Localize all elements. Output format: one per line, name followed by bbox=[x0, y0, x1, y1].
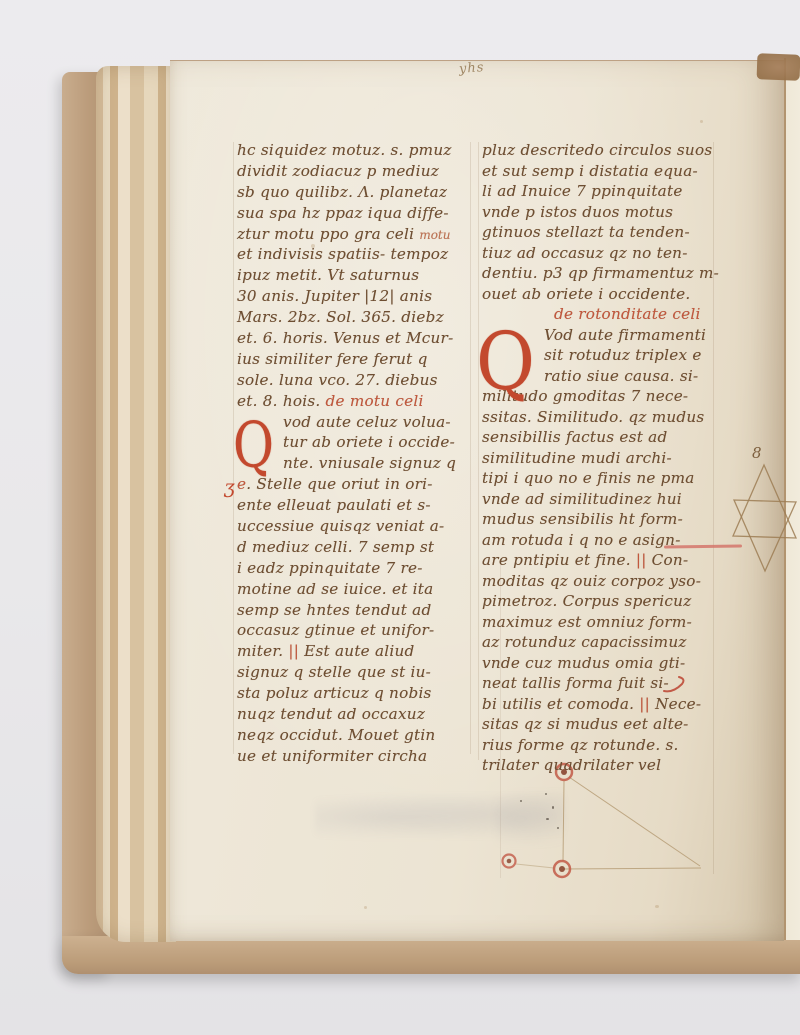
body-text: et. 8. hois. bbox=[237, 392, 326, 410]
rubric-text: || bbox=[288, 642, 299, 660]
text-line: neqz occidut. Mouet gtin bbox=[237, 725, 475, 746]
text-line: pimetroz. Corpus spericuz bbox=[482, 591, 722, 612]
star-of-david-doodle bbox=[730, 462, 798, 574]
body-text: pluz descritedo circulos suos bbox=[482, 141, 712, 159]
text-line: hc siquidez motuz. s. pmuz bbox=[237, 140, 475, 161]
text-line: gtinuos stellazt ta tenden- bbox=[482, 222, 722, 243]
body-text: tipi i quo no e finis ne pma bbox=[482, 469, 695, 487]
body-text: ue et uniformiter circha bbox=[237, 747, 427, 765]
text-line: am rotuda i q no e asign- bbox=[482, 530, 722, 551]
text-line: uccessiue quisqz veniat a- bbox=[237, 516, 475, 537]
fox-spot bbox=[655, 905, 659, 908]
text-line: mudus sensibilis ht form- bbox=[482, 509, 722, 530]
margin-gloss: motu bbox=[419, 228, 450, 242]
body-text: pimetroz. Corpus spericuz bbox=[482, 592, 691, 610]
body-text: Est aute aliud bbox=[299, 642, 414, 660]
text-line: az rotunduz capacissimuz bbox=[482, 632, 722, 653]
body-text: nte. vniusale signuz q bbox=[283, 454, 456, 472]
folio-number: 8 bbox=[752, 444, 762, 462]
body-text: trilater quadrilater vel bbox=[482, 756, 661, 774]
ruling-line bbox=[478, 142, 479, 760]
body-text: sitas qz si mudus eet alte- bbox=[482, 715, 689, 733]
text-line: et. 6. horis. Venus et Mcur- bbox=[237, 328, 475, 349]
body-text: ente elleuat paulati et s- bbox=[237, 496, 431, 514]
text-line: motine ad se iuice. et ita bbox=[237, 579, 475, 600]
body-text: dividit zodiacuz p mediuz bbox=[237, 162, 439, 180]
text-line: bi utilis et comoda. || Nece- bbox=[482, 694, 722, 715]
text-line: sua spa hz ppaz iqua diffe- bbox=[237, 203, 475, 224]
body-text: . Stelle que oriut in ori- bbox=[246, 475, 432, 493]
text-line: tipi i quo no e finis ne pma bbox=[482, 468, 722, 489]
body-text: similitudine mudi archi- bbox=[482, 449, 672, 467]
red-guide-letter: ʒ bbox=[224, 476, 235, 498]
body-text: tur ab oriete i occide- bbox=[283, 433, 455, 451]
body-text: i eadz ppinquitate 7 re- bbox=[237, 559, 423, 577]
body-text: Mars. 2bz. Sol. 365. diebz bbox=[237, 308, 444, 326]
text-line: Mars. 2bz. Sol. 365. diebz bbox=[237, 307, 475, 328]
text-line: miter. || Est aute aliud bbox=[237, 641, 475, 662]
text-line: li ad Inuice 7 ppinquitate bbox=[482, 181, 722, 202]
body-text: am rotuda i q no e asign- bbox=[482, 531, 681, 549]
text-line: neat tallis forma fuit si- bbox=[482, 673, 722, 694]
text-line: sitas qz si mudus eet alte- bbox=[482, 714, 722, 735]
body-text: sua spa hz ppaz iqua diffe- bbox=[237, 204, 449, 222]
rubric-text: || bbox=[639, 695, 650, 713]
body-text: ouet ab oriete i occidente. bbox=[482, 285, 690, 303]
body-text: vod aute celuz volua- bbox=[283, 413, 451, 431]
body-text: motine ad se iuice. et ita bbox=[237, 580, 433, 598]
body-text: neat tallis forma fuit si- bbox=[482, 674, 669, 692]
body-text: sensibillis factus est ad bbox=[482, 428, 667, 446]
body-text: et indivisis spatiis- tempoz bbox=[237, 245, 448, 263]
body-text: are pntipiu et fine. bbox=[482, 551, 636, 569]
text-line: are pntipiu et fine. || Con- bbox=[482, 550, 722, 571]
text-line: ius similiter fere ferut q bbox=[237, 349, 475, 370]
text-line: vnde ad similitudinez hui bbox=[482, 489, 722, 510]
right-text-column: pluz descritedo circulos suoset sut semp… bbox=[482, 140, 722, 776]
body-text: li ad Inuice 7 ppinquitate bbox=[482, 182, 683, 200]
body-text: miter. bbox=[237, 642, 288, 660]
body-text: signuz q stelle que st iu- bbox=[237, 663, 431, 681]
text-line: occasuz gtinue et unifor- bbox=[237, 620, 475, 641]
body-text: nuqz tendut ad occaxuz bbox=[237, 705, 425, 723]
rubric-text: de rotonditate celi bbox=[554, 305, 701, 323]
text-line: dividit zodiacuz p mediuz bbox=[237, 161, 475, 182]
body-text: ius similiter fere ferut q bbox=[237, 350, 428, 368]
body-text: sole. luna vco. 27. diebus bbox=[237, 371, 438, 389]
text-line: ztur motu ppo gra celi motu bbox=[237, 224, 475, 245]
body-text: mudus sensibilis ht form- bbox=[482, 510, 683, 528]
text-line: d mediuz celli. 7 semp st bbox=[237, 537, 475, 558]
body-text: uccessiue quisqz veniat a- bbox=[237, 517, 444, 535]
body-text: dentiu. p3 qp firmamentuz m- bbox=[482, 264, 719, 282]
body-text: ipuz metit. Vt saturnus bbox=[237, 266, 419, 284]
text-line: ue et uniformiter circha bbox=[237, 746, 475, 767]
text-line: sensibillis factus est ad bbox=[482, 427, 722, 448]
text-line: i eadz ppinquitate 7 re- bbox=[237, 558, 475, 579]
body-text: semp se hntes tendut ad bbox=[237, 601, 431, 619]
illuminated-initial-left: Q bbox=[233, 414, 274, 477]
body-text: et sut semp i distatia equa- bbox=[482, 162, 698, 180]
body-text: az rotunduz capacissimuz bbox=[482, 633, 687, 651]
top-inscription: yhs bbox=[459, 60, 485, 77]
text-line: pluz descritedo circulos suos bbox=[482, 140, 722, 161]
body-text: tiuz ad occasuz qz no ten- bbox=[482, 244, 688, 262]
text-line: ente elleuat paulati et s- bbox=[237, 495, 475, 516]
body-text: ratio siue causa. si- bbox=[544, 367, 698, 385]
body-text: et. 6. horis. Venus et Mcur- bbox=[237, 329, 453, 347]
body-text: hc siquidez motuz. s. pmuz bbox=[237, 141, 452, 159]
body-text: bi utilis et comoda. bbox=[482, 695, 639, 713]
body-text: gtinuos stellazt ta tenden- bbox=[482, 223, 690, 241]
text-line: sta poluz articuz q nobis bbox=[237, 683, 475, 704]
page-stack-left-edges bbox=[96, 66, 176, 942]
body-text: ztur motu ppo gra celi bbox=[237, 225, 419, 243]
body-text: maximuz est omniuz form- bbox=[482, 613, 692, 631]
text-line: trilater quadrilater vel bbox=[482, 755, 722, 776]
body-text: Con- bbox=[647, 551, 689, 569]
text-line: semp se hntes tendut ad bbox=[237, 600, 475, 621]
body-text: occasuz gtinue et unifor- bbox=[237, 621, 434, 639]
text-line: et sut semp i distatia equa- bbox=[482, 161, 722, 182]
text-line: et indivisis spatiis- tempoz bbox=[237, 244, 475, 265]
text-line: vnde cuz mudus omia gti- bbox=[482, 653, 722, 674]
body-text: vnde ad similitudinez hui bbox=[482, 490, 682, 508]
text-line: signuz q stelle que st iu- bbox=[237, 662, 475, 683]
body-text: vnde p istos duos motus bbox=[482, 203, 673, 221]
body-text: rius forme qz rotunde. s. bbox=[482, 736, 679, 754]
text-line: similitudine mudi archi- bbox=[482, 448, 722, 469]
body-text: sta poluz articuz q nobis bbox=[237, 684, 432, 702]
text-line: tiuz ad occasuz qz no ten- bbox=[482, 243, 722, 264]
body-text: Vod aute firmamenti bbox=[544, 326, 706, 344]
text-line: maximuz est omniuz form- bbox=[482, 612, 722, 633]
text-line: rius forme qz rotunde. s. bbox=[482, 735, 722, 756]
body-text: ssitas. Similitudo. qz mudus bbox=[482, 408, 704, 426]
illuminated-initial-right: Q bbox=[476, 322, 535, 401]
rubric-text: de motu celi bbox=[326, 392, 424, 410]
text-line: ipuz metit. Vt saturnus bbox=[237, 265, 475, 286]
text-line: sb quo quilibz. Λ. planetaz bbox=[237, 182, 475, 203]
spine-headband bbox=[757, 53, 800, 80]
fox-spot bbox=[700, 120, 703, 123]
text-line: nuqz tendut ad occaxuz bbox=[237, 704, 475, 725]
text-line: moditas qz ouiz corpoz yso- bbox=[482, 571, 722, 592]
body-text: d mediuz celli. 7 semp st bbox=[237, 538, 434, 556]
fox-spot bbox=[364, 906, 367, 909]
text-line: sole. luna vco. 27. diebus bbox=[237, 370, 475, 391]
manuscript-photo: yhs 8 Q Q ʒ hc siquidez motuz. s. pmuzdi… bbox=[0, 0, 800, 1035]
text-line: ouet ab oriete i occidente. bbox=[482, 284, 722, 305]
text-line: dentiu. p3 qp firmamentuz m- bbox=[482, 263, 722, 284]
text-line: ssitas. Similitudo. qz mudus bbox=[482, 407, 722, 428]
rubric-text: || bbox=[636, 551, 647, 569]
body-text: sb quo quilibz. Λ. planetaz bbox=[237, 183, 447, 201]
body-text: moditas qz ouiz corpoz yso- bbox=[482, 572, 701, 590]
body-text: neqz occidut. Mouet gtin bbox=[237, 726, 435, 744]
text-line: 30 anis. Jupiter |12| anis bbox=[237, 286, 475, 307]
body-text: Nece- bbox=[650, 695, 701, 713]
body-text: sit rotuduz triplex e bbox=[544, 346, 702, 364]
text-line: vnde p istos duos motus bbox=[482, 202, 722, 223]
body-text: vnde cuz mudus omia gti- bbox=[482, 654, 685, 672]
body-text: 30 anis. Jupiter |12| anis bbox=[237, 287, 432, 305]
